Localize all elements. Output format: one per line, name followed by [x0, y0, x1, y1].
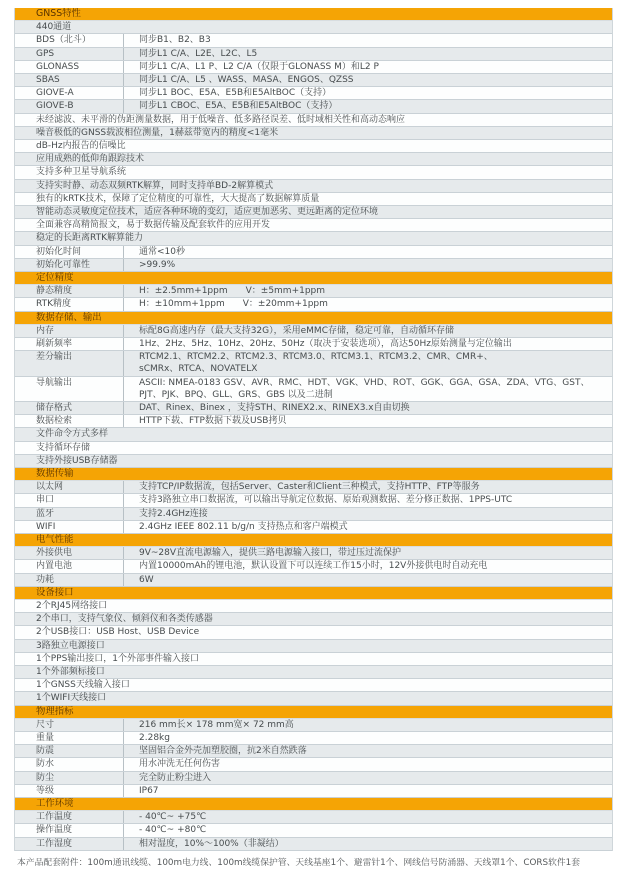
spec-value: DAT、Rinex、Binex ，支持STH、RINEX2.x、RINEX3.x…: [123, 402, 612, 414]
spec-row: 串口支持3路独立串口数据流，可以输出导航定位数据、原始观测数据、差分修正数据、1…: [15, 494, 612, 507]
spec-label: 防尘: [15, 772, 123, 784]
spec-row: 独有的kRTK技术，保障了定位精度的可靠性，大大提高了数据解算质量: [15, 193, 612, 206]
spec-value: 同步L1 BOC、E5A、E5B和E5AltBOC（支持）: [123, 87, 612, 99]
spec-label: GLONASS: [15, 61, 123, 73]
section-header: 数据传输: [15, 468, 612, 481]
spec-value: 同步B1、B2、B3: [123, 34, 612, 46]
spec-label: 等级: [15, 785, 123, 797]
spec-label: GPS: [15, 48, 123, 60]
spec-row: 2个串口，支持气象仪、倾斜仪和各类传感器: [15, 613, 612, 626]
spec-value: 用水冲洗无任何伤害: [123, 758, 612, 770]
spec-feature-text: 2个串口，支持气象仪、倾斜仪和各类传感器: [15, 613, 612, 625]
spec-value: 同步L1 C/A、L2E、L2C、L5: [123, 48, 612, 60]
spec-label: SBAS: [15, 74, 123, 86]
spec-feature-text: 1个WIFI天线接口: [15, 692, 612, 704]
spec-value: >99.9%: [123, 259, 612, 271]
spec-feature-text: 2个RJ45网络接口: [15, 600, 612, 612]
spec-feature-text: 智能动态灵敏度定位技术，适应各种环境的变幻，适应更加恶劣、更远距离的定位环境: [15, 206, 612, 218]
spec-feature-text: 1个PPS输出接口，1个外部事件输入接口: [15, 653, 612, 665]
spec-feature-text: 支持多种卫星导航系统: [15, 166, 612, 178]
spec-row: 1个GNSS天线输入接口: [15, 679, 612, 692]
spec-label: 蓝牙: [15, 508, 123, 520]
spec-feature-text: 支持实时静、动态双频RTK解算，同时支持单BD-2解算模式: [15, 180, 612, 192]
section-header: 定位精度: [15, 272, 612, 285]
spec-row: 静态精度H：±2.5mm+1ppm V：±5mm+1ppm: [15, 285, 612, 298]
spec-row: 1个外部频标接口: [15, 666, 612, 679]
spec-row: dB-Hz内报告的信噪比: [15, 140, 612, 153]
spec-feature-text: 应用成熟的低仰角跟踪技术: [15, 153, 612, 165]
spec-row: SBAS同步L1 C/A、L5 、WASS、MASA、ENGOS、QZSS: [15, 74, 612, 87]
spec-row: 全面兼容高精简报文，易于数据传输及配套软件的应用开发: [15, 219, 612, 232]
spec-label: 防水: [15, 758, 123, 770]
spec-row: 功耗6W: [15, 574, 612, 587]
spec-row: 以太网支持TCP/IP数据流，包括Server、Caster和Client三种模…: [15, 481, 612, 494]
spec-row: 初始化时间通常<10秒: [15, 246, 612, 259]
spec-feature-text: 稳定的长距离RTK解算能力: [15, 232, 612, 244]
spec-row: 初始化可靠性>99.9%: [15, 259, 612, 272]
spec-row: RTK精度H：±10mm+1ppm V：±20mm+1ppm: [15, 298, 612, 311]
spec-value: 216 mm长× 178 mm宽× 72 mm高: [123, 719, 612, 731]
spec-value: 同步L1 C/A、L1 P、L2 C/A（仅限于GLONASS M）和L2 P: [123, 61, 612, 73]
spec-label: 差分输出: [15, 351, 123, 375]
spec-feature-text: 2个USB接口：USB Host、USB Device: [15, 626, 612, 638]
spec-feature-text: 支持循环存储: [15, 442, 612, 454]
spec-label: 导航输出: [15, 377, 123, 401]
spec-label: 静态精度: [15, 285, 123, 297]
spec-label: 内存: [15, 325, 123, 337]
spec-row: 储存格式DAT、Rinex、Binex ，支持STH、RINEX2.x、RINE…: [15, 402, 612, 415]
spec-feature-text: 噪音极低的GNSS载波相位测量，1赫兹带宽内的精度<1毫米: [15, 127, 612, 139]
spec-value: ASCII: NMEA-0183 GSV、AVR、RMC、HDT、VGK、VHD…: [123, 377, 612, 401]
spec-row: BDS（北斗）同步B1、B2、B3: [15, 34, 612, 47]
spec-row: 等级IP67: [15, 785, 612, 798]
spec-row: 文件命令方式多样: [15, 428, 612, 441]
spec-row: GPS同步L1 C/A、L2E、L2C、L5: [15, 48, 612, 61]
spec-label: 数据检索: [15, 415, 123, 427]
spec-row: 尺寸216 mm长× 178 mm宽× 72 mm高: [15, 719, 612, 732]
spec-value: 2.4GHz IEEE 802.11 b/g/n 支持热点和客户端模式: [123, 521, 612, 533]
spec-row: 支持实时静、动态双频RTK解算，同时支持单BD-2解算模式: [15, 180, 612, 193]
spec-row: GIOVE-B同步L1 CBOC、E5A、E5B和E5AltBOC（支持）: [15, 100, 612, 113]
spec-row: 内存标配8G高速内存（最大支持32G），采用eMMC存储，稳定可靠，自动循环存储: [15, 325, 612, 338]
spec-row: 支持循环存储: [15, 442, 612, 455]
spec-label: 操作温度: [15, 824, 123, 836]
section-header: 数据存储、输出: [15, 312, 612, 325]
section-header: 电气性能: [15, 534, 612, 547]
spec-row: 蓝牙支持2.4GHz连接: [15, 508, 612, 521]
spec-row: 工作湿度相对湿度，10%～100%（非凝结）: [15, 838, 612, 851]
spec-row: GLONASS同步L1 C/A、L1 P、L2 C/A（仅限于GLONASS M…: [15, 61, 612, 74]
spec-row: 3路独立电源接口: [15, 640, 612, 653]
spec-row: 未经滤波、未平滑的伪距测量数据，用于低噪音、低多路径误差、低时域相关性和高动态响…: [15, 114, 612, 127]
spec-value: 9V~28V直流电源输入，提供三路电源输入接口，带过压过流保护: [123, 547, 612, 559]
spec-value: 相对湿度，10%～100%（非凝结）: [123, 838, 612, 850]
accessories-note: 本产品配套附件：100m通讯线缆、100m电力线、100m线缆保护管、天线基座1…: [17, 855, 580, 868]
spec-label: 初始化可靠性: [15, 259, 123, 271]
spec-label: WIFI: [15, 521, 123, 533]
spec-label: 外接供电: [15, 547, 123, 559]
spec-value: 内置10000mAh的锂电池，默认设置下可以连续工作15小时，12V外接供电时自…: [123, 560, 612, 572]
spec-feature-text: 1个外部频标接口: [15, 666, 612, 678]
spec-row: 2个RJ45网络接口: [15, 600, 612, 613]
spec-label: 工作温度: [15, 811, 123, 823]
spec-feature-text: 支持外接USB存储器: [15, 455, 612, 467]
spec-row: 重量2.28kg: [15, 732, 612, 745]
spec-feature-text: 1个GNSS天线输入接口: [15, 679, 612, 691]
spec-label: RTK精度: [15, 298, 123, 310]
spec-feature-text: 独有的kRTK技术，保障了定位精度的可靠性，大大提高了数据解算质量: [15, 193, 612, 205]
spec-feature-text: 文件命令方式多样: [15, 428, 612, 440]
spec-table: GNSS特性440通道BDS（北斗）同步B1、B2、B3GPS同步L1 C/A、…: [14, 8, 613, 851]
spec-row: 差分输出RTCM2.1、RTCM2.2、RTCM2.3、RTCM3.0、RTCM…: [15, 351, 612, 376]
spec-label: 功耗: [15, 574, 123, 586]
spec-row: 内置电池内置10000mAh的锂电池，默认设置下可以连续工作15小时，12V外接…: [15, 560, 612, 573]
section-header: 设备接口: [15, 587, 612, 600]
spec-row: 刷新频率1Hz、2Hz、5Hz、10Hz、20Hz、50Hz（取决于安装选项），…: [15, 338, 612, 351]
spec-value: RTCM2.1、RTCM2.2、RTCM2.3、RTCM3.0、RTCM3.1、…: [123, 351, 612, 375]
spec-label: GIOVE-B: [15, 100, 123, 112]
spec-row: 数据检索HTTP下载、FTP数据下载及USB拷贝: [15, 415, 612, 428]
spec-label: 储存格式: [15, 402, 123, 414]
spec-label: 刷新频率: [15, 338, 123, 350]
spec-label: 尺寸: [15, 719, 123, 731]
spec-value: 通常<10秒: [123, 246, 612, 258]
section-header: 物理指标: [15, 706, 612, 719]
spec-row: GIOVE-A同步L1 BOC、E5A、E5B和E5AltBOC（支持）: [15, 87, 612, 100]
spec-label: 防震: [15, 745, 123, 757]
spec-label: 工作湿度: [15, 838, 123, 850]
spec-value: 支持TCP/IP数据流，包括Server、Caster和Client三种模式，支…: [123, 481, 612, 493]
spec-feature-text: 3路独立电源接口: [15, 640, 612, 652]
spec-label: 初始化时间: [15, 246, 123, 258]
spec-row: 支持外接USB存储器: [15, 455, 612, 468]
spec-feature-text: 全面兼容高精简报文，易于数据传输及配套软件的应用开发: [15, 219, 612, 231]
spec-value: 完全防止粉尘进入: [123, 772, 612, 784]
spec-value: 支持3路独立串口数据流，可以输出导航定位数据、原始观测数据、差分修正数据、1PP…: [123, 494, 612, 506]
spec-value: 同步L1 CBOC、E5A、E5B和E5AltBOC（支持）: [123, 100, 612, 112]
spec-row: 防震坚固铝合金外壳加塑胶圈，抗2米自然跌落: [15, 745, 612, 758]
spec-label: 内置电池: [15, 560, 123, 572]
spec-row: 1个WIFI天线接口: [15, 692, 612, 705]
spec-value: 6W: [123, 574, 612, 586]
spec-value: H：±10mm+1ppm V：±20mm+1ppm: [123, 298, 612, 310]
spec-label: GIOVE-A: [15, 87, 123, 99]
spec-row: 2个USB接口：USB Host、USB Device: [15, 626, 612, 639]
spec-value: 坚固铝合金外壳加塑胶圈，抗2米自然跌落: [123, 745, 612, 757]
spec-value: H：±2.5mm+1ppm V：±5mm+1ppm: [123, 285, 612, 297]
spec-row: 噪音极低的GNSS载波相位测量，1赫兹带宽内的精度<1毫米: [15, 127, 612, 140]
spec-value: - 40℃~ +80℃: [123, 824, 612, 836]
section-header: GNSS特性: [15, 8, 612, 21]
spec-label: BDS（北斗）: [15, 34, 123, 46]
spec-row: 智能动态灵敏度定位技术，适应各种环境的变幻，适应更加恶劣、更远距离的定位环境: [15, 206, 612, 219]
spec-label: 串口: [15, 494, 123, 506]
spec-value: 同步L1 C/A、L5 、WASS、MASA、ENGOS、QZSS: [123, 74, 612, 86]
spec-value: - 40℃~ +75℃: [123, 811, 612, 823]
spec-row: WIFI2.4GHz IEEE 802.11 b/g/n 支持热点和客户端模式: [15, 521, 612, 534]
spec-row: 440通道: [15, 21, 612, 34]
spec-value: 1Hz、2Hz、5Hz、10Hz、20Hz、50Hz（取决于安装选项），高达50…: [123, 338, 612, 350]
spec-label: 重量: [15, 732, 123, 744]
spec-value: 2.28kg: [123, 732, 612, 744]
spec-row: 外接供电9V~28V直流电源输入，提供三路电源输入接口，带过压过流保护: [15, 547, 612, 560]
spec-row: 应用成熟的低仰角跟踪技术: [15, 153, 612, 166]
spec-row: 防水用水冲洗无任何伤害: [15, 758, 612, 771]
spec-row: 操作温度- 40℃~ +80℃: [15, 824, 612, 837]
section-header: 工作环境: [15, 798, 612, 811]
spec-feature-text: dB-Hz内报告的信噪比: [15, 140, 612, 152]
spec-row: 支持多种卫星导航系统: [15, 166, 612, 179]
spec-feature-text: 未经滤波、未平滑的伪距测量数据，用于低噪音、低多路径误差、低时域相关性和高动态响…: [15, 114, 612, 126]
spec-value: 支持2.4GHz连接: [123, 508, 612, 520]
spec-label: 以太网: [15, 481, 123, 493]
spec-value: HTTP下载、FTP数据下载及USB拷贝: [123, 415, 612, 427]
spec-feature-text: 440通道: [15, 21, 612, 33]
spec-row: 导航输出ASCII: NMEA-0183 GSV、AVR、RMC、HDT、VGK…: [15, 377, 612, 402]
spec-value: 标配8G高速内存（最大支持32G），采用eMMC存储，稳定可靠，自动循环存储: [123, 325, 612, 337]
spec-row: 防尘完全防止粉尘进入: [15, 772, 612, 785]
spec-row: 稳定的长距离RTK解算能力: [15, 232, 612, 245]
spec-row: 工作温度- 40℃~ +75℃: [15, 811, 612, 824]
spec-value: IP67: [123, 785, 612, 797]
spec-row: 1个PPS输出接口，1个外部事件输入接口: [15, 653, 612, 666]
